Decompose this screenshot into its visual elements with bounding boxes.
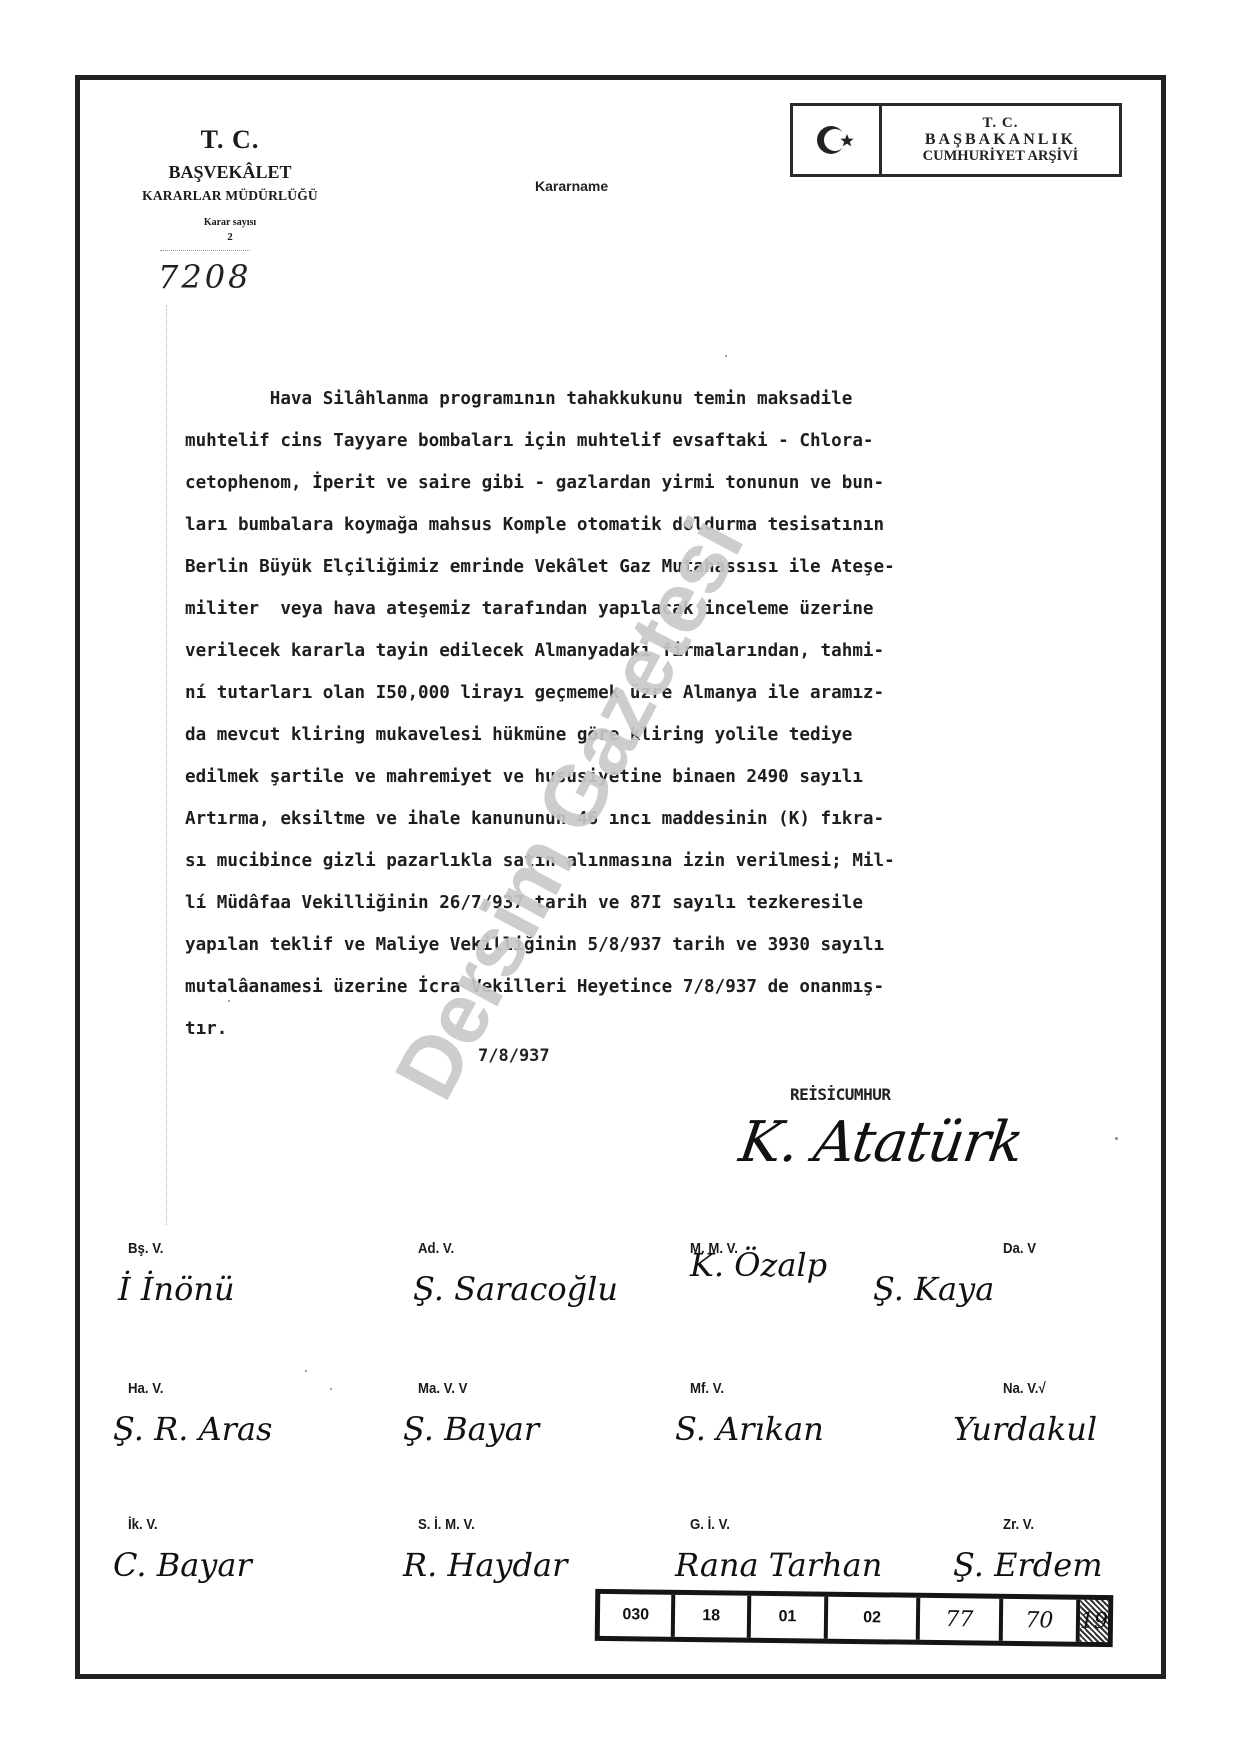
minister-signature: Ş. Erdem <box>953 1546 1103 1584</box>
minister-signature: S. Arıkan <box>675 1410 824 1448</box>
president-signature: K. Atatürk <box>735 1110 1026 1175</box>
minister-label: Da. V <box>1003 1240 1036 1257</box>
minister-label: İk. V. <box>128 1516 158 1533</box>
minister-label: Zr. V. <box>1003 1516 1034 1533</box>
minister-signature: Ş. Kaya <box>873 1270 994 1308</box>
archive-code-cell: 030 <box>600 1594 676 1637</box>
decision-label: Karar sayısı <box>130 217 330 228</box>
archive-code-cell: 70 <box>1002 1599 1080 1642</box>
archive-code-cell: 01 <box>751 1596 829 1639</box>
minister-signature: R. Haydar <box>403 1546 567 1584</box>
minister-label: Mf. V. <box>690 1380 724 1397</box>
minister-signature: Yurdakul <box>953 1410 1097 1448</box>
minister-signature: Ş. R. Aras <box>113 1410 272 1448</box>
body-line: mutalâanamesi üzerine İcra Vekilleri Hey… <box>185 966 1097 1008</box>
scan-speck <box>228 1000 230 1002</box>
handwritten-number: 7208 <box>158 258 251 296</box>
minister-signature: Ş. Bayar <box>403 1410 539 1448</box>
stamp-line-3: CUMHURİYET ARŞİVİ <box>923 149 1079 164</box>
minister-label: Na. V.√ <box>1003 1380 1046 1397</box>
minister-signature: İ İnönü <box>118 1270 235 1308</box>
scan-speck <box>725 355 727 357</box>
body-line: Artırma, eksiltme ve ihale kanununun 46 … <box>185 798 1097 840</box>
minister-signature: C. Bayar <box>113 1546 252 1584</box>
body-line: tır. <box>185 1008 1097 1050</box>
scan-speck <box>330 1388 332 1390</box>
archive-code-cell: 02 <box>828 1597 920 1640</box>
body-line: cetophenom, İperit ve saire gibi - gazla… <box>185 462 1097 504</box>
minister-label: Ha. V. <box>128 1380 163 1397</box>
body-line: Hava Silâhlanma programının tahakkukunu … <box>185 378 1097 420</box>
minister-signature: Rana Tarhan <box>675 1546 882 1584</box>
decision-underline <box>160 250 250 251</box>
body-line: lí Müdâfaa Vekilliğinin 26/7/937 tarih v… <box>185 882 1097 924</box>
minister-label: G. İ. V. <box>690 1516 730 1533</box>
crescent-star-icon <box>793 106 882 174</box>
minister-label: Bş. V. <box>128 1240 163 1257</box>
archive-code-strip: 030180102777019 <box>595 1589 1114 1647</box>
office-heading: BAŞVEKÂLET <box>105 162 355 183</box>
archive-code-cell: 77 <box>920 1598 1003 1641</box>
president-title: REİSİCUMHUR <box>790 1085 890 1104</box>
stamp-line-2: BAŞBAKANLIK <box>925 132 1076 149</box>
body-line: muhtelif cins Tayyare bombaları için muh… <box>185 420 1097 462</box>
body-line: yapılan teklif ve Maliye Vekilliğinin 5/… <box>185 924 1097 966</box>
minister-signature: K. Özalp <box>690 1246 827 1284</box>
stamp-line-1: T. C. <box>983 116 1019 132</box>
document-type: Kararname <box>535 178 608 194</box>
state-heading: T. C. <box>130 125 330 155</box>
archive-code-cell: 19 <box>1080 1600 1109 1642</box>
scan-speck <box>1115 1137 1118 1140</box>
department-heading: KARARLAR MÜDÜRLÜĞÜ <box>80 188 380 204</box>
minister-label: S. İ. M. V. <box>418 1516 475 1533</box>
body-line: ları bumbalara koymağa mahsus Komple oto… <box>185 504 1097 546</box>
scan-speck <box>305 1370 307 1372</box>
archive-code-cell: 18 <box>675 1595 751 1638</box>
minister-label: Ma. V. V <box>418 1380 467 1397</box>
minister-signature: Ş. Saracoğlu <box>413 1270 618 1308</box>
minister-label: Ad. V. <box>418 1240 454 1257</box>
decision-index: 2 <box>130 231 330 243</box>
archive-stamp: T. C. BAŞBAKANLIK CUMHURİYET ARŞİVİ <box>790 103 1122 177</box>
body-line: sı mucibince gizli pazarlıkla satın alın… <box>185 840 1097 882</box>
margin-line <box>166 305 167 1225</box>
